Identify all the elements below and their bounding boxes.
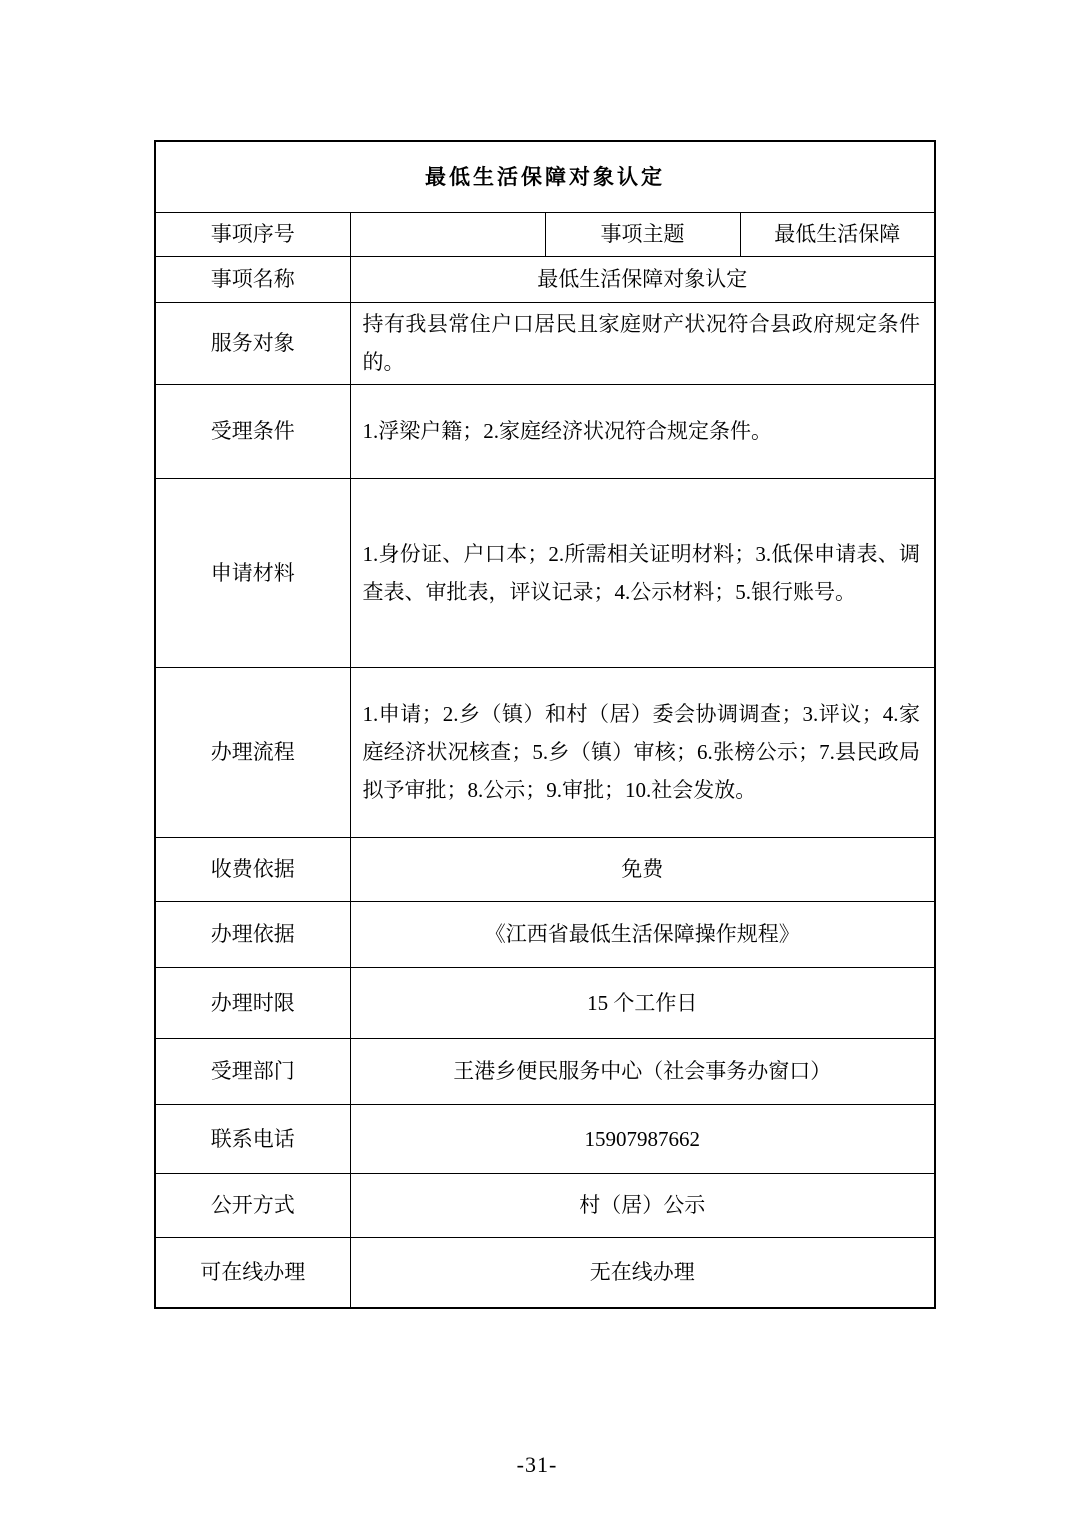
- table-row: 收费依据 免费: [155, 837, 935, 901]
- service-target-label: 服务对象: [155, 302, 350, 384]
- table-row: 受理部门 王港乡便民服务中心（社会事务办窗口）: [155, 1038, 935, 1104]
- table-row: 可在线办理 无在线办理: [155, 1237, 935, 1308]
- time-limit-value: 15 个工作日: [350, 967, 935, 1038]
- table-row: 事项名称 最低生活保障对象认定: [155, 256, 935, 302]
- processing-flow-value: 1.申请；2.乡（镇）和村（居）委会协调调查；3.评议；4.家庭经济状况核查；5…: [350, 667, 935, 837]
- fee-basis-label: 收费依据: [155, 837, 350, 901]
- online-availability-label: 可在线办理: [155, 1237, 350, 1308]
- application-materials-value: 1.身份证、户口本；2.所需相关证明材料；3.低保申请表、调查表、审批表，评议记…: [350, 478, 935, 667]
- item-topic-label: 事项主题: [545, 212, 740, 256]
- processing-basis-value: 《江西省最低生活保障操作规程》: [350, 901, 935, 967]
- acceptance-conditions-label: 受理条件: [155, 384, 350, 478]
- time-limit-label: 办理时限: [155, 967, 350, 1038]
- table-row: 事项序号 事项主题 最低生活保障: [155, 212, 935, 256]
- service-target-value: 持有我县常住户口居民且家庭财产状况符合县政府规定条件的。: [350, 302, 935, 384]
- accepting-department-label: 受理部门: [155, 1038, 350, 1104]
- disclosure-method-label: 公开方式: [155, 1173, 350, 1237]
- online-availability-value: 无在线办理: [350, 1237, 935, 1308]
- disclosure-method-value: 村（居）公示: [350, 1173, 935, 1237]
- table-row: 公开方式 村（居）公示: [155, 1173, 935, 1237]
- table-row: 服务对象 持有我县常住户口居民且家庭财产状况符合县政府规定条件的。: [155, 302, 935, 384]
- processing-flow-label: 办理流程: [155, 667, 350, 837]
- acceptance-conditions-value: 1.浮梁户籍；2.家庭经济状况符合规定条件。: [350, 384, 935, 478]
- page-number: -31-: [0, 1452, 1074, 1478]
- item-name-value: 最低生活保障对象认定: [350, 256, 935, 302]
- item-sequence-value: [350, 212, 545, 256]
- table-row: 联系电话 15907987662: [155, 1104, 935, 1173]
- service-item-table: 最低生活保障对象认定 事项序号 事项主题 最低生活保障 事项名称 最低生活保障对…: [154, 140, 936, 1309]
- application-materials-label: 申请材料: [155, 478, 350, 667]
- processing-basis-label: 办理依据: [155, 901, 350, 967]
- table-row: 申请材料 1.身份证、户口本；2.所需相关证明材料；3.低保申请表、调查表、审批…: [155, 478, 935, 667]
- table-row: 办理时限 15 个工作日: [155, 967, 935, 1038]
- fee-basis-value: 免费: [350, 837, 935, 901]
- item-name-label: 事项名称: [155, 256, 350, 302]
- contact-phone-label: 联系电话: [155, 1104, 350, 1173]
- accepting-department-value: 王港乡便民服务中心（社会事务办窗口）: [350, 1038, 935, 1104]
- item-topic-value: 最低生活保障: [740, 212, 935, 256]
- table-row: 办理依据 《江西省最低生活保障操作规程》: [155, 901, 935, 967]
- table-row: 受理条件 1.浮梁户籍；2.家庭经济状况符合规定条件。: [155, 384, 935, 478]
- contact-phone-value: 15907987662: [350, 1104, 935, 1173]
- table-row: 办理流程 1.申请；2.乡（镇）和村（居）委会协调调查；3.评议；4.家庭经济状…: [155, 667, 935, 837]
- document-title: 最低生活保障对象认定: [155, 141, 935, 212]
- item-sequence-label: 事项序号: [155, 212, 350, 256]
